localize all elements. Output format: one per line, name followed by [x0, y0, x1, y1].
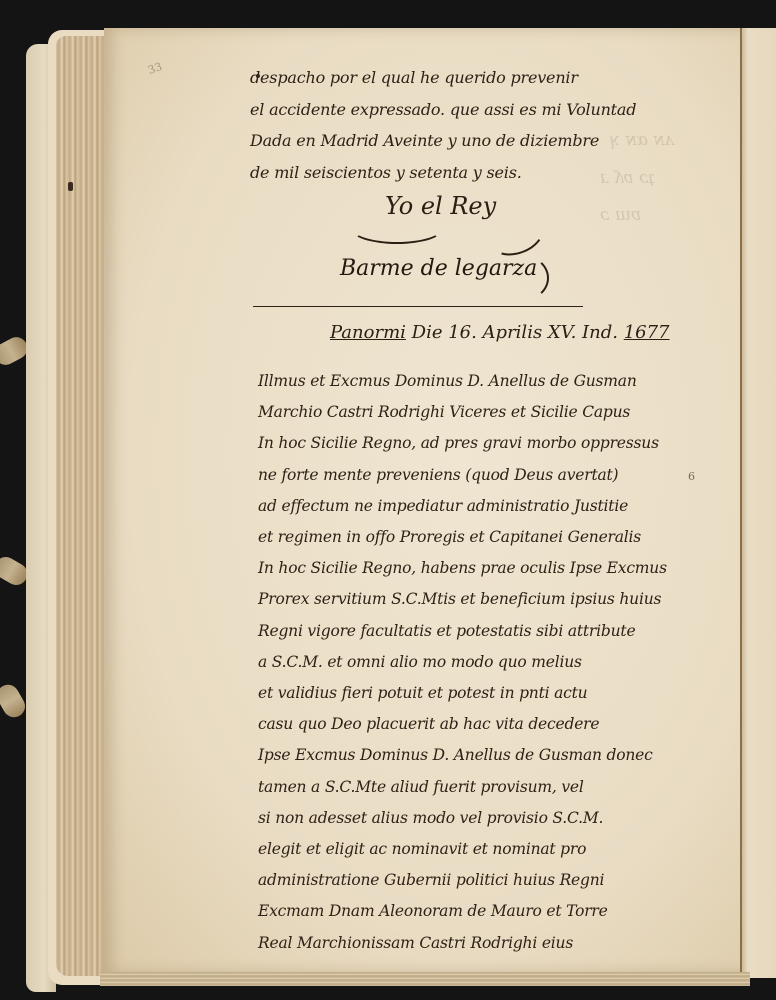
text-line: ne forte mente preveniens (quod Deus ave… — [258, 460, 667, 491]
text-line: Excmam Dnam Aleonoram de Mauro et Torre — [258, 896, 667, 927]
text-line: In hoc Sicilie Regno, ad pres gravi morb… — [258, 428, 667, 459]
text-line: de mil seiscientos y setenta y seis. — [250, 157, 640, 189]
text-line: et regimen in offo Proregis et Capitanei… — [258, 522, 667, 553]
text-line: Prorex servitium S.C.Mtis et beneficium … — [258, 584, 667, 615]
text-line: Marchio Castri Rodrighi Viceres et Sicil… — [258, 397, 667, 428]
text-line: el accidente expressado. que assi es mi … — [250, 94, 640, 126]
ink-blot — [68, 182, 73, 191]
text-line: casu quo Deo placuerit ab hac vita deced… — [258, 709, 667, 740]
binding-cord — [0, 681, 29, 721]
text-line: tamen a S.C.Mte aliud fuerit provisum, v… — [258, 772, 667, 803]
text-line: elegit et eligit ac nominavit et nominat… — [258, 834, 667, 865]
body-text: Illmus et Excmus Dominus D. Anellus de G… — [258, 366, 667, 959]
dateline-place: Panormi — [330, 322, 406, 343]
closing-text: despacho por el qual he querido prevenir… — [250, 62, 640, 188]
text-line: a S.C.M. et omni alio mo modo quo melius — [258, 647, 667, 678]
bottom-page-edges — [100, 972, 750, 986]
dateline-date: Die 16. Aprilis XV. Ind. — [412, 322, 618, 343]
bleed-through: ɐɯ ɔ — [600, 205, 641, 225]
text-line: ad effectum ne impediatur administratio … — [258, 491, 667, 522]
text-line: Regni vigore facultatis et potestatis si… — [258, 616, 667, 647]
text-line: In hoc Sicilie Regno, habens prae oculis… — [258, 553, 667, 584]
text-line: et validius fieri potuit et potest in pn… — [258, 678, 667, 709]
margin-note: 6 — [688, 470, 695, 483]
text-line: Ipse Excmus Dominus D. Anellus de Gusman… — [258, 740, 667, 771]
signature-flourish — [497, 255, 549, 301]
text-line: Real Marchionissam Castri Rodrighi eius — [258, 928, 667, 959]
text-line: administratione Gubernii politici huius … — [258, 865, 667, 896]
text-line: Dada en Madrid Aveinte y uno de diziembr… — [250, 125, 640, 157]
text-line: despacho por el qual he querido prevenir — [250, 62, 640, 94]
dateline: Panormi Die 16. Aprilis XV. Ind. 1677 — [330, 322, 670, 343]
facing-page-edge — [740, 28, 776, 978]
text-line: si non adesset alius modo vel provisio S… — [258, 803, 667, 834]
dateline-year: 1677 — [624, 322, 670, 343]
text-line: Illmus et Excmus Dominus D. Anellus de G… — [258, 366, 667, 397]
separator-rule — [253, 306, 583, 307]
signature-flourish — [350, 212, 444, 244]
page-edges — [56, 36, 108, 976]
